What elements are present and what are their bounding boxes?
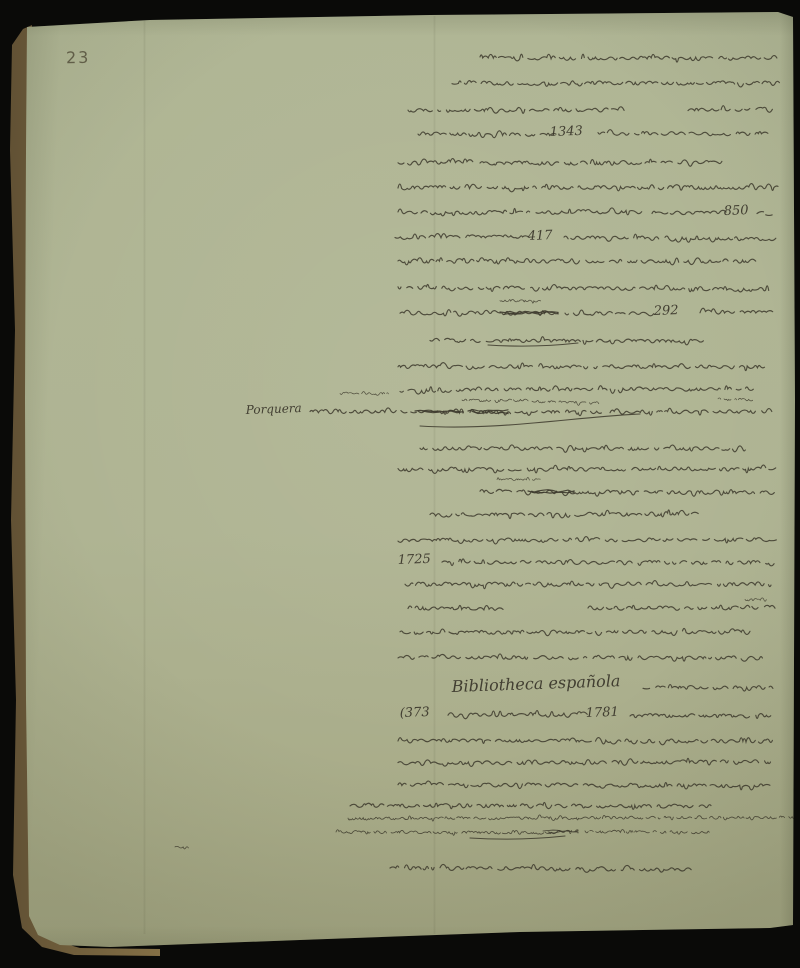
inline-number: 850 [723,203,748,219]
inline-number: 292 [653,303,678,319]
latin-annotation: Porquera [246,401,302,417]
inline-texts-layer: 13438504172921725(3731781PorqueraBibliot… [0,0,800,968]
book-scan: 23 13438504172921725(3731781PorqueraBibl… [0,0,800,968]
inline-number: (373 [399,705,429,721]
latin-annotation: Bibliotheca española [451,671,620,696]
inline-number: 417 [527,228,552,244]
inline-number: 1781 [585,705,619,721]
inline-number: 1343 [549,124,583,140]
inline-number: 1725 [397,552,431,568]
manuscript-page: 23 13438504172921725(3731781PorqueraBibl… [0,0,800,968]
